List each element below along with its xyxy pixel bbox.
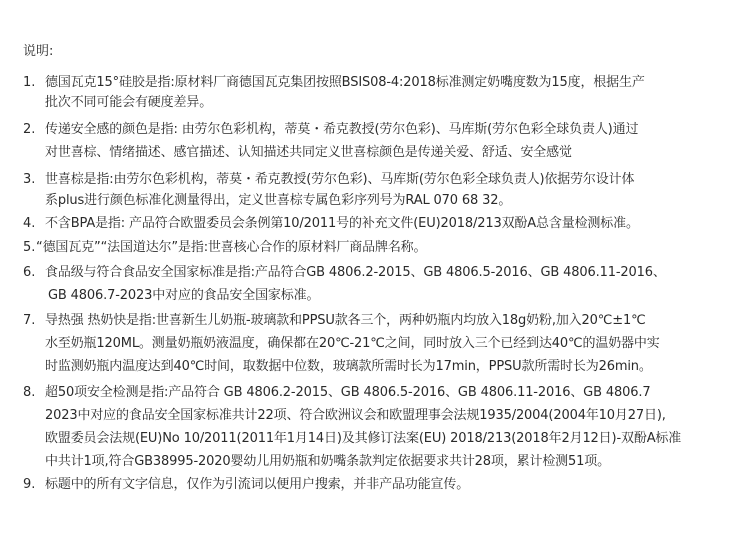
item-4-number: 4. [23, 216, 35, 232]
item-8-number: 8. [23, 385, 35, 401]
item-7-line-2: 水至奶瓶120ML。测量奶瓶奶液温度，确保都在20℃-21℃之间，同时放入三个已… [45, 336, 660, 352]
item-1-line-2: 批次不同可能会有硬度差异。 [45, 95, 212, 111]
item-2-line-1: 传递安全感的颜色是指: 由劳尔色彩机构，蒂莫・希克教授(劳尔色彩)、马库斯(劳尔… [45, 122, 638, 138]
item-2-line-2: 对世喜棕、情绪描述、感官描述、认知描述共同定义世喜棕颜色是传递关爱、舒适、安全感… [45, 145, 572, 161]
item-1-line-1: 德国瓦克15°硅胶是指:原材料厂商德国瓦克集团按照BSIS08-4:2018标准… [45, 75, 645, 91]
item-6-line-1: 食品级与符合食品安全国家标准是指:产品符合GB 4806.2-2015、GB 4… [45, 265, 666, 281]
item-7-line-3: 时监测奶瓶内温度达到40℃时间，取数据中位数，玻璃款所需时长为17min，PPS… [45, 359, 652, 375]
notes-title: 说明: [23, 44, 53, 60]
item-8-line-2: 2023中对应的食品安全国家标准共计22项、符合欧洲议会和欧盟理事会法规1935… [45, 408, 666, 424]
item-3-line-1: 世喜棕是指:由劳尔色彩机构，蒂莫・希克教授(劳尔色彩)、马库斯(劳尔色彩全球负责… [45, 172, 634, 188]
notes-document: 说明: 1. 德国瓦克15°硅胶是指:原材料厂商德国瓦克集团按照BSIS08-4… [0, 0, 750, 548]
item-3-line-2: 系plus进行颜色标准化测量得出，定义世喜棕专属色彩序列号为RAL 070 68… [45, 193, 511, 209]
item-8-line-1: 超50项安全检测是指:产品符合 GB 4806.2-2015、GB 4806.5… [45, 385, 650, 401]
item-3-number: 3. [23, 172, 35, 188]
item-9-line-1: 标题中的所有文字信息，仅作为引流词以便用户搜索，并非产品功能宣传。 [45, 477, 469, 493]
item-7-line-1: 导热强 热奶快是指:世喜新生儿奶瓶-玻璃款和PPSU款各三个，两种奶瓶内均放入1… [45, 313, 646, 329]
item-7-number: 7. [23, 313, 35, 329]
item-9-number: 9. [23, 477, 35, 493]
item-5-line-1: “德国瓦克”“法国道达尔”是指:世喜核心合作的原材料厂商品牌名称。 [36, 240, 426, 256]
item-5-number: 5. [23, 240, 35, 256]
item-2-number: 2. [23, 122, 35, 138]
item-6-line-2: GB 4806.7-2023中对应的食品安全国家标准。 [48, 288, 319, 304]
item-8-line-4: 中共计1项,符合GB38995-2020婴幼儿用奶瓶和奶嘴条款判定依据要求共计2… [45, 454, 610, 470]
item-1-number: 1. [23, 75, 35, 91]
item-8-line-3: 欧盟委员会法规(EU)No 10/2011(2011年1月14日)及其修订法案(… [45, 431, 681, 447]
item-4-line-1: 不含BPA是指: 产品符合欧盟委员会条例第10/2011号的补充文件(EU)20… [45, 216, 639, 232]
item-6-number: 6. [23, 265, 35, 281]
